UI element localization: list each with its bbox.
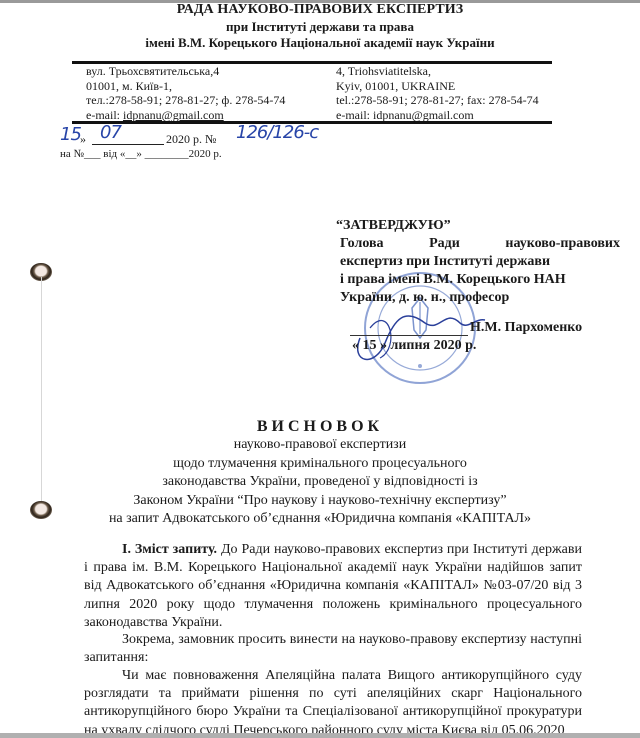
email-link[interactable]: idpnanu@gmail.com — [123, 108, 224, 122]
subtitle-line: Законом України “Про наукову і науково-т… — [60, 492, 580, 511]
reply-reference: на №___ від «__» ________2020 р. — [60, 148, 222, 160]
section-1-paragraph: І. Зміст запиту. До Ради науково-правови… — [84, 541, 582, 632]
address-phones-en: tel.:278-58-91; 278-81-27; fax: 278-54-7… — [336, 93, 539, 108]
section-1-heading: І. Зміст запиту. — [122, 542, 217, 557]
paragraph-2: Зокрема, замовник просить винести на нау… — [84, 631, 582, 667]
address-english: 4, Triohsviatitelska, Kyiv, 01001, UKRAI… — [336, 64, 539, 122]
org-academy: імені В.М. Корецького Національної акаде… — [0, 35, 640, 51]
address-phones: тел.:278-58-91; 278-81-27; ф. 278-54-74 — [86, 93, 285, 108]
signature-line — [350, 335, 468, 336]
approval-line-2: експертиз при Інституті держави — [340, 253, 620, 271]
binding-thread — [41, 277, 42, 505]
address-city: 01001, м. Київ-1, — [86, 79, 285, 94]
quote-close: » — [80, 132, 86, 147]
outgoing-number-block: 15 » 07 2020 р. № 126/126-с на №___ від … — [60, 128, 320, 168]
address-street-en: 4, Triohsviatitelska, — [336, 64, 539, 79]
paragraph-3: Чи має повноваження Апеляційна палата Ви… — [84, 667, 582, 738]
approval-block: “ЗАТВЕРДЖУЮ” Голова Ради науково-правови… — [340, 218, 620, 307]
address-city-en: Kyiv, 01001, UKRAINE — [336, 79, 539, 94]
approval-date: « 15 » липня 2020 р. — [352, 338, 476, 354]
address-ukrainian: вул. Трьохсвятительська,4 01001, м. Київ… — [86, 64, 285, 122]
subtitle-line: законодавства України, проведеної у відп… — [60, 473, 580, 492]
handwritten-month: 07 — [100, 122, 121, 143]
approval-title: “ЗАТВЕРДЖУЮ” — [336, 218, 620, 234]
binder-grommet-bottom — [30, 501, 52, 519]
email-label: e-mail: — [86, 108, 123, 122]
address-street: вул. Трьохсвятительська,4 — [86, 64, 285, 79]
org-name: РАДА НАУКОВО-ПРАВОВИХ ЕКСПЕРТИЗ — [0, 2, 640, 18]
address-email-en: e-mail: idpnanu@gmail.com — [336, 108, 539, 123]
approval-position: Голова Ради науково-правових експертиз п… — [340, 235, 620, 307]
viewer-bottom-edge — [0, 733, 640, 738]
handwritten-number: 126/126-с — [236, 122, 318, 143]
paragraph-2-text: Зокрема, замовник просить винести на нау… — [84, 631, 582, 667]
year-and-number-label: 2020 р. № — [166, 132, 216, 147]
paragraph-3-text: Чи має повноваження Апеляційна палата Ви… — [84, 667, 582, 738]
handwritten-day: 15 — [60, 124, 81, 145]
document-title: ВИСНОВОК — [0, 418, 640, 436]
signer-name: Н.М. Пархоменко — [470, 320, 582, 336]
subtitle-line: на запит Адвокатського об’єднання «Юриди… — [60, 510, 580, 529]
address-email-row: e-mail: idpnanu@gmail.com — [86, 108, 285, 123]
subtitle-line: науково-правової експертизи — [60, 436, 580, 455]
subtitle-line: щодо тлумачення кримінального процесуаль… — [60, 455, 580, 474]
approval-line-1: Голова Ради науково-правових — [340, 235, 620, 253]
approval-line-3: і права імені В.М. Корецького НАН — [340, 271, 620, 289]
org-affiliation: при Інституті держави та права — [0, 19, 640, 35]
document-subtitle: науково-правової експертизи щодо тлумаче… — [60, 436, 580, 529]
approval-line-4: України, д. ю. н., професор — [340, 289, 620, 307]
